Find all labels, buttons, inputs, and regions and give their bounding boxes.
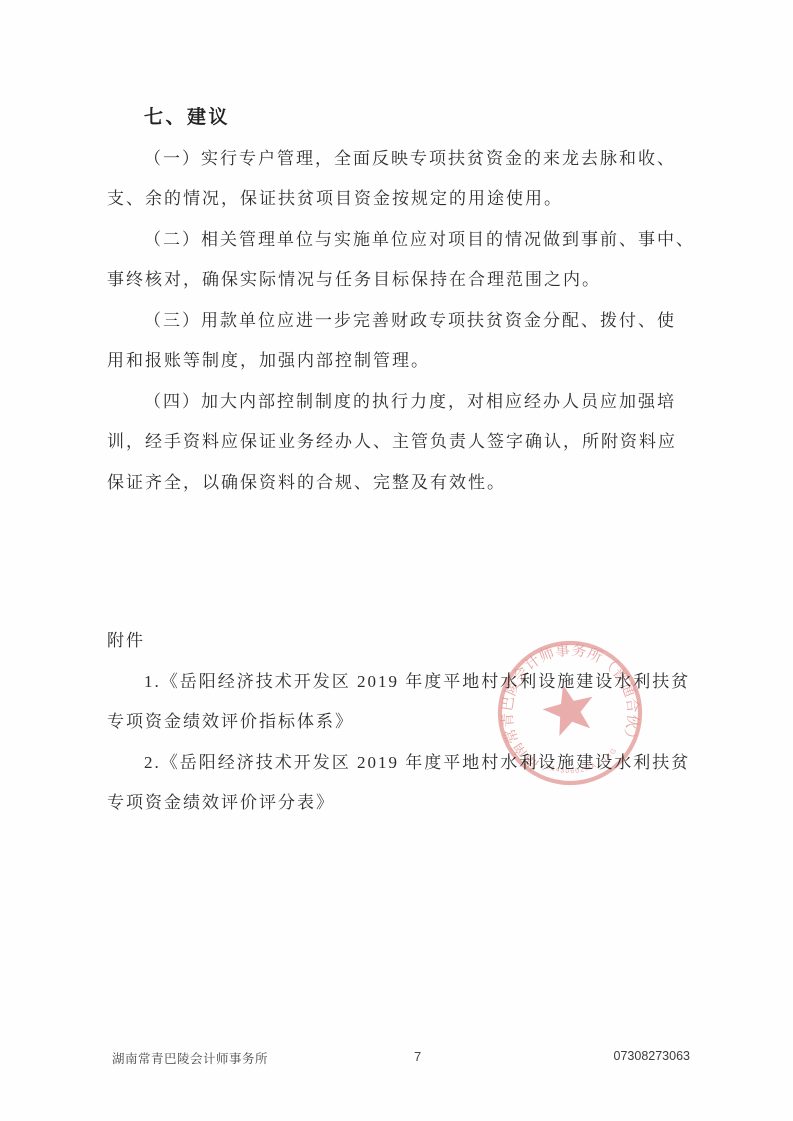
paragraph-4-line-1: （四）加大内部控制制度的执行力度，对相应经办人员应加强培 [107, 382, 692, 423]
svg-text:91430602MA…1XG: 91430602MA…1XG [543, 746, 622, 783]
paragraph-4-line-2: 训，经手资料应保证业务经办人、主管负责人签字确认，所附资料应 [107, 422, 692, 463]
document-page: 七、建议 （一）实行专户管理，全面反映专项扶贫资金的来龙去脉和收、 支、余的情况… [0, 0, 793, 1121]
paragraph-1-line-1: （一）实行专户管理，全面反映专项扶贫资金的来龙去脉和收、 [107, 139, 692, 180]
star-icon [538, 679, 600, 739]
paragraph-2-line-2: 事终核对，确保实际情况与任务目标保持在合理范围之内。 [107, 260, 692, 301]
footer-phone-code: 07308273063 [614, 1049, 690, 1063]
page-footer: 湖南常青巴陵会计师事务所 7 07308273063 [0, 1049, 793, 1071]
paragraph-4-line-3: 保证齐全，以确保资料的合规、完整及有效性。 [107, 463, 692, 504]
footer-page-number: 7 [414, 1049, 421, 1064]
paragraph-3-line-2: 用和报账等制度，加强内部控制管理。 [107, 341, 692, 382]
vertical-gap [107, 503, 692, 621]
paragraph-3-line-1: （三）用款单位应进一步完善财政专项扶贫资金分配、拨付、使 [107, 301, 692, 342]
section-heading: 七、建议 [107, 98, 692, 139]
paragraph-2-line-1: （二）相关管理单位与实施单位应对项目的情况做到事前、事中、 [107, 220, 692, 261]
seal-code-text: 91430602MA…1XG [543, 746, 622, 783]
official-seal: 湖南常青巴陵会计师事务所（普通合伙） 91430602MA…1XG [488, 631, 652, 795]
paragraph-1-line-2: 支、余的情况，保证扶贫项目资金按规定的用途使用。 [107, 179, 692, 220]
footer-firm-name: 湖南常青巴陵会计师事务所 [112, 1049, 268, 1067]
